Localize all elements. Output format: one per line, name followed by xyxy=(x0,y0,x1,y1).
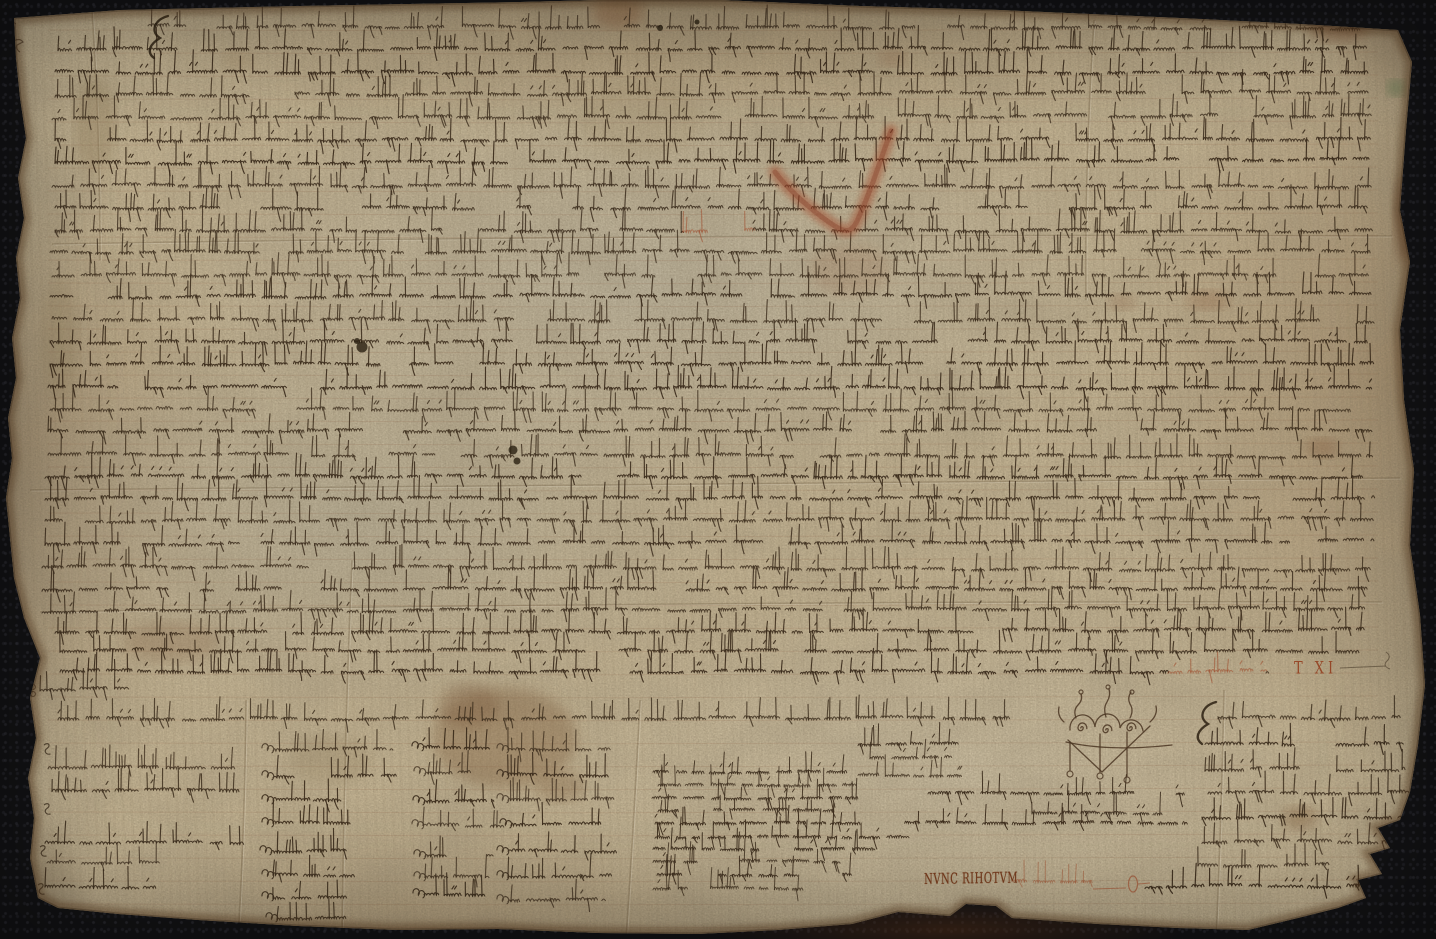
manuscript-ink-layer xyxy=(0,0,1436,939)
photo-frame: NVNC RIHOTVM T XI xyxy=(0,0,1436,939)
